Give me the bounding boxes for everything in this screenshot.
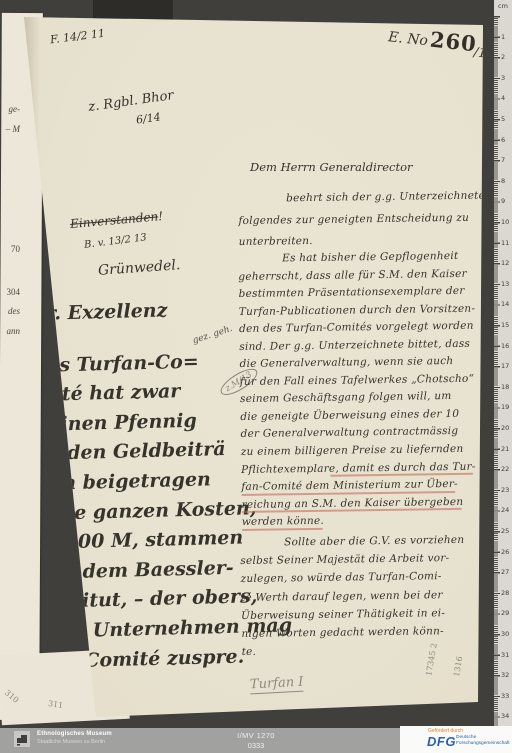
date-note: F. 14/2 11 bbox=[49, 27, 105, 47]
letter-line: reichung an S.M. den Kaiser übergeben bbox=[241, 493, 487, 514]
initials-date-note: B. v. 13/2 13 bbox=[84, 232, 148, 251]
ruler-number: 15 bbox=[501, 321, 509, 329]
ruler-number: 8 bbox=[501, 177, 505, 185]
ruler-number: 21 bbox=[501, 445, 509, 453]
struck-approval-note: Einverstanden! bbox=[70, 209, 164, 231]
ruler-number: 19 bbox=[501, 403, 509, 411]
ruler-unit-label: cm bbox=[498, 2, 508, 10]
underpage-fragment: ge- bbox=[0, 104, 20, 114]
stamp-number: 260 bbox=[429, 27, 478, 57]
ruler-number: 24 bbox=[501, 506, 509, 514]
ruler-number: 5 bbox=[501, 115, 505, 123]
pencil-title-note: Turfan I bbox=[250, 675, 304, 695]
ruler-number: 17 bbox=[501, 362, 509, 370]
ruler-number: 14 bbox=[501, 300, 509, 308]
ruler-number: 32 bbox=[501, 671, 509, 679]
margin-line: zu den Geldbeiträ bbox=[36, 435, 257, 470]
ruler-number: 27 bbox=[501, 568, 509, 576]
ruler-number: 11 bbox=[501, 239, 509, 247]
archive-number-stamp: E. No 260 /13. bbox=[387, 22, 501, 63]
ruler-number: 20 bbox=[501, 424, 509, 432]
ruler-number: 30 bbox=[501, 630, 509, 638]
letter-paragraph-3: Sollte aber die G.V. es vorziehen selbst… bbox=[240, 531, 488, 662]
ruler-number: 28 bbox=[501, 589, 509, 597]
ruler-number: 16 bbox=[501, 342, 509, 350]
pencil-vertical-number: 1316 bbox=[452, 656, 464, 678]
ruler-number: 1 bbox=[501, 33, 505, 41]
letter-paragraph-1: beehrt sich der g.g. Unterzeichnete folg… bbox=[238, 186, 485, 254]
underpage-fragment: 304 bbox=[0, 287, 20, 297]
ruler-cm-ticks bbox=[494, 16, 500, 728]
struck-word: Einverstanden bbox=[70, 209, 159, 231]
dfg-logo-box: Gefördert durch DFG Deutsche Forschungsg… bbox=[400, 726, 512, 753]
scanned-document-viewer: ge- – M 70 304 des ann 310 311 F. 14/2 1… bbox=[0, 0, 512, 753]
underpage-fragment: ann bbox=[0, 326, 20, 336]
ruler-number: 33 bbox=[501, 692, 509, 700]
ruler-number: 3 bbox=[501, 74, 505, 82]
letter-line: folgendes zur geneigten Entscheidung zu bbox=[238, 207, 484, 232]
ruler-number: 7 bbox=[501, 156, 505, 164]
ruler-number: 23 bbox=[501, 486, 509, 494]
letter-salutation: Dem Herrn Generaldirector bbox=[250, 160, 413, 174]
margin-line: Sr. Exzellenz bbox=[32, 294, 253, 329]
pencil-folio-number: 311 bbox=[47, 699, 63, 710]
ruler-number: 29 bbox=[501, 609, 509, 617]
ruler-number: 9 bbox=[501, 197, 505, 205]
letter-paragraph-2: Es hat bisher die Gepflogenheit geherrsc… bbox=[238, 248, 488, 532]
dfg-full-name: Deutsche Forschungsgemeinschaft bbox=[456, 735, 510, 746]
struck-mark: ! bbox=[158, 209, 164, 223]
ruler-number: 34 bbox=[501, 712, 509, 720]
ruler-number: 12 bbox=[501, 259, 509, 267]
registry-note: z. Rgbl. Bhor bbox=[87, 88, 174, 115]
ruler-number: 22 bbox=[501, 465, 509, 473]
underpage-fragment: – M bbox=[0, 124, 20, 134]
margin-note: Sr. Exzellenz das Turfan-Co= mité hat zw… bbox=[32, 294, 262, 677]
letter-line: werden könne. bbox=[242, 511, 488, 532]
underpage-fragment: 70 bbox=[0, 244, 20, 254]
ruler-number: 25 bbox=[501, 527, 509, 535]
ruler-number: 2 bbox=[501, 53, 505, 61]
ruler-number: 6 bbox=[501, 136, 505, 144]
dfg-name-line2: Forschungsgemeinschaft bbox=[456, 741, 510, 747]
signature-gruenwedel: Grünwedel. bbox=[98, 257, 181, 279]
ruler-number: 13 bbox=[501, 280, 509, 288]
dfg-logo: DFG bbox=[427, 734, 456, 749]
ruler-number: 10 bbox=[501, 218, 509, 226]
registry-date: 6/14 bbox=[135, 110, 161, 126]
letter-line: te. bbox=[242, 640, 488, 662]
underpage-fragment: des bbox=[0, 306, 20, 316]
ruler-number: 31 bbox=[501, 651, 509, 659]
letter-page: F. 14/2 11 E. No 260 /13. z. Rgbl. Bhor … bbox=[0, 0, 512, 753]
ruler-number: 26 bbox=[501, 548, 509, 556]
stamp-prefix: E. No bbox=[387, 29, 428, 49]
ruler-number: 4 bbox=[501, 94, 505, 102]
ruler-number: 18 bbox=[501, 383, 509, 391]
ruler: cm 1234567891011121314151617181920212223… bbox=[494, 0, 512, 728]
